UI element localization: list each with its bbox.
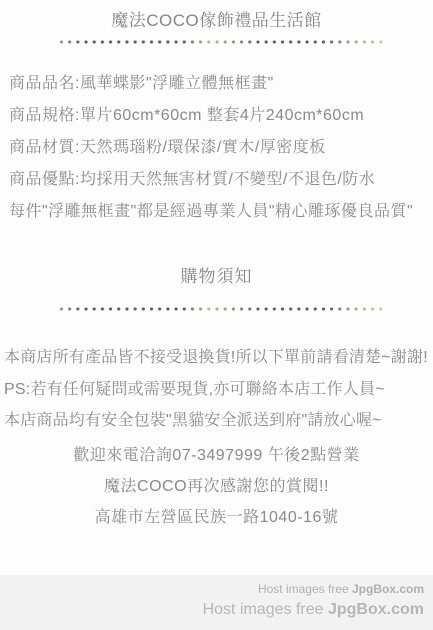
shopping-notice-heading: 購物須知	[0, 267, 433, 287]
watermark-small-brand: JpgBox.com	[352, 582, 424, 596]
dotted-divider-notice	[59, 306, 386, 312]
no-return-policy-line: 本商店所有產品皆不接受退換貨!所以下單前請看清楚~謝謝!	[4, 348, 433, 367]
watermark-large: Host images free JpgBox.com	[203, 601, 424, 619]
watermark-large-prefix: Host images free	[203, 601, 324, 618]
contact-staff-line: PS:若有任何疑問或需要現貨,亦可聯絡本店工作人員~	[4, 380, 433, 399]
safe-packaging-line: 本店商品均有安全包裝"黑貓安全派送到府"請放心喔~	[4, 411, 433, 430]
watermark-small-prefix: Host images free	[258, 582, 349, 596]
address-line: 高雄市左營區民族一路1040-16號	[0, 508, 433, 527]
product-material-line: 商品材質:天然瑪瑙粉/環保漆/實木/厚密度板	[9, 138, 433, 157]
watermark-band: Host images free JpgBox.com Host images …	[0, 575, 433, 630]
product-spec-line: 商品規格:單片60cm*60cm 整套4片240cm*60cm	[9, 106, 433, 125]
watermark-large-brand: JpgBox.com	[328, 601, 424, 618]
product-advantage-line: 商品優點:均採用天然無害材質/不變型/不退色/防水	[9, 170, 433, 189]
dotted-divider-top	[59, 39, 386, 45]
product-quality-line: 每件"浮雕無框畫"都是經過專業人員"精心雕琢優良品質"	[9, 202, 433, 221]
product-name-line: 商品品名:風華蝶影"浮雕立體無框畫"	[9, 74, 433, 93]
phone-hours-line: 歡迎來電洽詢07-3497999 午後2點營業	[0, 446, 433, 465]
thanks-line: 魔法COCO再次感謝您的賞閱!!	[0, 477, 433, 496]
product-description-page: 魔法COCO傢飾禮品生活館 商品品名:風華蝶影"浮雕立體無框畫" 商品規格:單片…	[0, 0, 433, 630]
store-title: 魔法COCO傢飾禮品生活館	[0, 11, 433, 31]
watermark-small: Host images free JpgBox.com	[258, 582, 424, 596]
